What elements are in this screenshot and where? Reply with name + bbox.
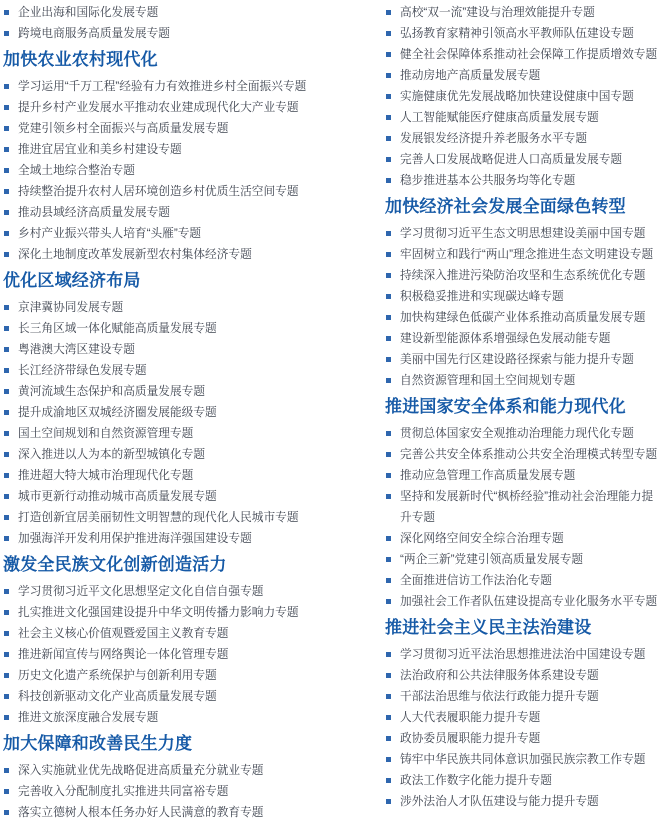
topic-text: 长三角区域一体化赋能高质量发展专题 (18, 322, 217, 335)
topic-text: 牢固树立和践行“两山”理念推进生态文明建设专题 (400, 248, 653, 261)
list-item: 提升乡村产业发展水平推动农业建成现代化大产业专题 (3, 97, 325, 118)
document-page: 企业出海和国际化发展专题跨境电商服务高质量发展专题加快农业农村现代化学习运用“千… (0, 0, 657, 823)
topic-text: 推进超大特大城市治理现代化专题 (18, 469, 193, 482)
bullet-square-icon (386, 252, 391, 257)
list-item: 跨境电商服务高质量发展专题 (3, 23, 325, 44)
list-item: 完善收入分配制度扎实推进共同富裕专题 (3, 781, 325, 802)
topic-text: 企业出海和国际化发展专题 (18, 6, 158, 19)
bullet-square-icon (386, 599, 391, 604)
bullet-square-icon (4, 10, 9, 15)
bullet-square-icon (386, 294, 391, 299)
list-item: 自然资源管理和国土空间规划专题 (385, 370, 657, 391)
topic-text: 学习贯彻习近平法治思想推进法治中国建设专题 (400, 648, 645, 661)
list-item: 扎实推进文化强国建设提升中华文明传播力影响力专题 (3, 602, 325, 623)
list-item: 企业出海和国际化发展专题 (3, 2, 325, 23)
bullet-square-icon (386, 273, 391, 278)
list-item: 坚持和发展新时代“枫桥经验”推动社会治理能力提升专题 (385, 486, 657, 528)
topic-text: 积极稳妥推进和实现碳达峰专题 (400, 290, 564, 303)
topic-text: 人工智能赋能医疗健康高质量发展专题 (400, 111, 599, 124)
list-item: 京津冀协同发展专题 (3, 297, 325, 318)
list-item: 持续整治提升农村人居环境创造乡村优质生活空间专题 (3, 181, 325, 202)
bullet-square-icon (386, 431, 391, 436)
topic-text: 推进新闻宣传与网络舆论一体化管理专题 (18, 648, 228, 661)
list-item: 推动县域经济高质量发展专题 (3, 202, 325, 223)
bullet-square-icon (386, 157, 391, 162)
topic-text: 国土空间规划和自然资源管理专题 (18, 427, 193, 440)
topic-text: 深化网络空间安全综合治理专题 (400, 532, 564, 545)
bullet-square-icon (4, 210, 9, 215)
list-item: 人工智能赋能医疗健康高质量发展专题 (385, 107, 657, 128)
topic-text: 弘扬教育家精神引领高水平教师队伍建设专题 (400, 27, 634, 40)
list-item: 人大代表履职能力提升专题 (385, 707, 657, 728)
topic-text: 高校“双一流”建设与治理效能提升专题 (400, 6, 595, 19)
topic-text: 全面推进信访工作法治化专题 (400, 574, 552, 587)
section-heading: 推进社会主义民主法治建设 (385, 618, 657, 638)
bullet-square-icon (4, 126, 9, 131)
topic-text: 加强社会工作者队伍建设提高专业化服务水平专题 (400, 595, 657, 608)
bullet-square-icon (4, 789, 9, 794)
bullet-square-icon (386, 694, 391, 699)
topic-text: 健全社会保障体系推动社会保障工作提质增效专题 (400, 48, 657, 61)
list-item: 学习贯彻习近平法治思想推进法治中国建设专题 (385, 644, 657, 665)
list-item: 持续深入推进污染防治攻坚和生态系统优化专题 (385, 265, 657, 286)
bullet-square-icon (4, 431, 9, 436)
topic-text: 持续深入推进污染防治攻坚和生态系统优化专题 (400, 269, 645, 282)
list-item: 黄河流域生态保护和高质量发展专题 (3, 381, 325, 402)
topic-text: 推动应急管理工作高质量发展专题 (400, 469, 575, 482)
section-heading: 加快经济社会发展全面绿色转型 (385, 197, 657, 217)
topic-text: 推进宜居宜业和美乡村建设专题 (18, 143, 182, 156)
bullet-square-icon (386, 336, 391, 341)
topic-text: 美丽中国先行区建设路径探索与能力提升专题 (400, 353, 634, 366)
list-item: 牢固树立和践行“两山”理念推进生态文明建设专题 (385, 244, 657, 265)
bullet-square-icon (4, 536, 9, 541)
section-heading: 优化区域经济布局 (3, 271, 325, 291)
bullet-square-icon (4, 147, 9, 152)
list-item: 推动应急管理工作高质量发展专题 (385, 465, 657, 486)
bullet-square-icon (4, 715, 9, 720)
bullet-square-icon (386, 357, 391, 362)
topic-text: 人大代表履职能力提升专题 (400, 711, 540, 724)
list-item: 推进新闻宣传与网络舆论一体化管理专题 (3, 644, 325, 665)
topic-text: 全域土地综合整治专题 (18, 164, 135, 177)
list-item: 加强海洋开发利用保护推进海洋强国建设专题 (3, 528, 325, 549)
left-column: 企业出海和国际化发展专题跨境电商服务高质量发展专题加快农业农村现代化学习运用“千… (3, 2, 325, 823)
list-item: 落实立德树人根本任务办好人民满意的教育专题 (3, 802, 325, 823)
topic-text: 扎实推进文化强国建设提升中华文明传播力影响力专题 (18, 606, 299, 619)
bullet-square-icon (386, 178, 391, 183)
bullet-square-icon (4, 694, 9, 699)
topic-text: 完善人口发展战略促进人口高质量发展专题 (400, 153, 622, 166)
right-column: 高校“双一流”建设与治理效能提升专题弘扬教育家精神引领高水平教师队伍建设专题健全… (385, 2, 657, 812)
list-item: 深化网络空间安全综合治理专题 (385, 528, 657, 549)
topic-text: 学习运用“千万工程”经验有力有效推进乡村全面振兴专题 (18, 80, 306, 93)
bullet-square-icon (4, 326, 9, 331)
list-item: 粤港澳大湾区建设专题 (3, 339, 325, 360)
list-item: 铸牢中华民族共同体意识加强民族宗教工作专题 (385, 749, 657, 770)
topic-text: 黄河流域生态保护和高质量发展专题 (18, 385, 205, 398)
list-item: 美丽中国先行区建设路径探索与能力提升专题 (385, 349, 657, 370)
list-item: 完善公共安全体系推动公共安全治理模式转型专题 (385, 444, 657, 465)
topic-text: 粤港澳大湾区建设专题 (18, 343, 135, 356)
bullet-square-icon (4, 84, 9, 89)
topic-section: 推进国家安全体系和能力现代化贯彻总体国家安全观推动治理能力现代化专题完善公共安全… (385, 397, 657, 612)
list-item: 乡村产业振兴带头人培育“头雁”专题 (3, 223, 325, 244)
bullet-square-icon (386, 52, 391, 57)
bullet-square-icon (386, 757, 391, 762)
bullet-square-icon (386, 473, 391, 478)
bullet-square-icon (386, 452, 391, 457)
bullet-square-icon (386, 736, 391, 741)
list-item: 涉外法治人才队伍建设与能力提升专题 (385, 791, 657, 812)
bullet-square-icon (4, 652, 9, 657)
bullet-square-icon (4, 515, 9, 520)
list-item: 贯彻总体国家安全观推动治理能力现代化专题 (385, 423, 657, 444)
bullet-square-icon (386, 115, 391, 120)
bullet-square-icon (386, 315, 391, 320)
topic-text: 跨境电商服务高质量发展专题 (18, 27, 170, 40)
bullet-square-icon (4, 231, 9, 236)
list-item: 长江经济带绿色发展专题 (3, 360, 325, 381)
bullet-square-icon (386, 378, 391, 383)
topic-text: 完善公共安全体系推动公共安全治理模式转型专题 (400, 448, 657, 461)
list-item: 建设新型能源体系增强绿色发展动能专题 (385, 328, 657, 349)
topic-section: 高校“双一流”建设与治理效能提升专题弘扬教育家精神引领高水平教师队伍建设专题健全… (385, 2, 657, 191)
list-item: 深化土地制度改革发展新型农村集体经济专题 (3, 244, 325, 265)
section-heading: 加快农业农村现代化 (3, 50, 325, 70)
list-item: 政法工作数字化能力提升专题 (385, 770, 657, 791)
topic-text: 政法工作数字化能力提升专题 (400, 774, 552, 787)
list-item: 法治政府和公共法律服务体系建设专题 (385, 665, 657, 686)
bullet-square-icon (4, 347, 9, 352)
bullet-square-icon (4, 631, 9, 636)
topic-section: 加快经济社会发展全面绿色转型学习贯彻习近平生态文明思想建设美丽中国专题牢固树立和… (385, 197, 657, 391)
topic-list: 深入实施就业优先战略促进高质量充分就业专题完善收入分配制度扎实推进共同富裕专题落… (3, 760, 325, 823)
list-item: 积极稳妥推进和实现碳达峰专题 (385, 286, 657, 307)
list-item: 加强社会工作者队伍建设提高专业化服务水平专题 (385, 591, 657, 612)
section-heading: 推进国家安全体系和能力现代化 (385, 397, 657, 417)
bullet-square-icon (4, 305, 9, 310)
bullet-square-icon (4, 31, 9, 36)
bullet-square-icon (386, 578, 391, 583)
list-item: “两企三新”党建引领高质量发展专题 (385, 549, 657, 570)
topic-text: 坚持和发展新时代“枫桥经验”推动社会治理能力提升专题 (400, 490, 653, 524)
topic-section: 推进社会主义民主法治建设学习贯彻习近平法治思想推进法治中国建设专题法治政府和公共… (385, 618, 657, 812)
bullet-square-icon (386, 652, 391, 657)
bullet-square-icon (386, 73, 391, 78)
topic-text: 稳步推进基本公共服务均等化专题 (400, 174, 575, 187)
bullet-square-icon (4, 452, 9, 457)
topic-text: 建设新型能源体系增强绿色发展动能专题 (400, 332, 610, 345)
topic-text: 乡村产业振兴带头人培育“头雁”专题 (18, 227, 201, 240)
topic-text: 深入推进以人为本的新型城镇化专题 (18, 448, 205, 461)
bullet-square-icon (386, 31, 391, 36)
topic-text: 长江经济带绿色发展专题 (18, 364, 147, 377)
list-item: 推进超大特大城市治理现代化专题 (3, 465, 325, 486)
topic-text: 科技创新驱动文化产业高质量发展专题 (18, 690, 217, 703)
bullet-square-icon (4, 389, 9, 394)
topic-text: 学习贯彻习近平文化思想坚定文化自信自强专题 (18, 585, 263, 598)
bullet-square-icon (4, 105, 9, 110)
bullet-square-icon (4, 673, 9, 678)
topic-list: 高校“双一流”建设与治理效能提升专题弘扬教育家精神引领高水平教师队伍建设专题健全… (385, 2, 657, 191)
bullet-square-icon (4, 494, 9, 499)
topic-text: 加快构建绿色低碳产业体系推动高质量发展专题 (400, 311, 645, 324)
list-item: 提升成渝地区双城经济圈发展能级专题 (3, 402, 325, 423)
bullet-square-icon (386, 136, 391, 141)
bullet-square-icon (386, 94, 391, 99)
bullet-square-icon (386, 231, 391, 236)
list-item: 稳步推进基本公共服务均等化专题 (385, 170, 657, 191)
list-item: 推动房地产高质量发展专题 (385, 65, 657, 86)
topic-text: 持续整治提升农村人居环境创造乡村优质生活空间专题 (18, 185, 299, 198)
topic-text: 党建引领乡村全面振兴与高质量发展专题 (18, 122, 228, 135)
list-item: 党建引领乡村全面振兴与高质量发展专题 (3, 118, 325, 139)
list-item: 打造创新宜居美丽韧性文明智慧的现代化人民城市专题 (3, 507, 325, 528)
topic-text: 加强海洋开发利用保护推进海洋强国建设专题 (18, 532, 252, 545)
topic-text: 历史文化遗产系统保护与创新利用专题 (18, 669, 217, 682)
list-item: 推进宜居宜业和美乡村建设专题 (3, 139, 325, 160)
bullet-square-icon (386, 494, 391, 499)
list-item: 全面推进信访工作法治化专题 (385, 570, 657, 591)
list-item: 学习贯彻习近平文化思想坚定文化自信自强专题 (3, 581, 325, 602)
list-item: 长三角区域一体化赋能高质量发展专题 (3, 318, 325, 339)
bullet-square-icon (4, 610, 9, 615)
section-heading: 激发全民族文化创新创造活力 (3, 555, 325, 575)
topic-text: 社会主义核心价值观暨爱国主义教育专题 (18, 627, 228, 640)
topic-text: 干部法治思维与依法行政能力提升专题 (400, 690, 599, 703)
bullet-square-icon (386, 10, 391, 15)
list-item: 社会主义核心价值观暨爱国主义教育专题 (3, 623, 325, 644)
list-item: 发展银发经济提升养老服务水平专题 (385, 128, 657, 149)
topic-list: 学习贯彻习近平文化思想坚定文化自信自强专题扎实推进文化强国建设提升中华文明传播力… (3, 581, 325, 728)
topic-list: 京津冀协同发展专题长三角区域一体化赋能高质量发展专题粤港澳大湾区建设专题长江经济… (3, 297, 325, 549)
topic-list: 企业出海和国际化发展专题跨境电商服务高质量发展专题 (3, 2, 325, 44)
topic-text: 自然资源管理和国土空间规划专题 (400, 374, 575, 387)
bullet-square-icon (4, 768, 9, 773)
list-item: 弘扬教育家精神引领高水平教师队伍建设专题 (385, 23, 657, 44)
topic-text: 铸牢中华民族共同体意识加强民族宗教工作专题 (400, 753, 645, 766)
topic-text: 落实立德树人根本任务办好人民满意的教育专题 (18, 806, 263, 819)
bullet-square-icon (4, 189, 9, 194)
list-item: 健全社会保障体系推动社会保障工作提质增效专题 (385, 44, 657, 65)
topic-list: 学习贯彻习近平法治思想推进法治中国建设专题法治政府和公共法律服务体系建设专题干部… (385, 644, 657, 812)
list-item: 加快构建绿色低碳产业体系推动高质量发展专题 (385, 307, 657, 328)
list-item: 推进文旅深度融合发展专题 (3, 707, 325, 728)
topic-text: 贯彻总体国家安全观推动治理能力现代化专题 (400, 427, 634, 440)
bullet-square-icon (4, 410, 9, 415)
topic-section: 加快农业农村现代化学习运用“千万工程”经验有力有效推进乡村全面振兴专题提升乡村产… (3, 50, 325, 265)
topic-text: 推进文旅深度融合发展专题 (18, 711, 158, 724)
bullet-square-icon (386, 557, 391, 562)
list-item: 城市更新行动推动城市高质量发展专题 (3, 486, 325, 507)
list-item: 全域土地综合整治专题 (3, 160, 325, 181)
list-item: 高校“双一流”建设与治理效能提升专题 (385, 2, 657, 23)
topic-section: 加大保障和改善民生力度深入实施就业优先战略促进高质量充分就业专题完善收入分配制度… (3, 734, 325, 823)
bullet-square-icon (386, 673, 391, 678)
bullet-square-icon (386, 799, 391, 804)
topic-text: 法治政府和公共法律服务体系建设专题 (400, 669, 599, 682)
list-item: 学习运用“千万工程”经验有力有效推进乡村全面振兴专题 (3, 76, 325, 97)
bullet-square-icon (4, 589, 9, 594)
bullet-square-icon (4, 168, 9, 173)
bullet-square-icon (4, 252, 9, 257)
list-item: 学习贯彻习近平生态文明思想建设美丽中国专题 (385, 223, 657, 244)
list-item: 实施健康优先发展战略加快建设健康中国专题 (385, 86, 657, 107)
topic-text: 政协委员履职能力提升专题 (400, 732, 540, 745)
bullet-square-icon (386, 778, 391, 783)
topic-list: 学习贯彻习近平生态文明思想建设美丽中国专题牢固树立和践行“两山”理念推进生态文明… (385, 223, 657, 391)
bullet-square-icon (386, 536, 391, 541)
list-item: 完善人口发展战略促进人口高质量发展专题 (385, 149, 657, 170)
topic-text: 提升成渝地区双城经济圈发展能级专题 (18, 406, 217, 419)
topic-list: 贯彻总体国家安全观推动治理能力现代化专题完善公共安全体系推动公共安全治理模式转型… (385, 423, 657, 612)
topic-text: “两企三新”党建引领高质量发展专题 (400, 553, 583, 566)
topic-text: 推动房地产高质量发展专题 (400, 69, 540, 82)
topic-section: 企业出海和国际化发展专题跨境电商服务高质量发展专题 (3, 2, 325, 44)
topic-text: 深入实施就业优先战略促进高质量充分就业专题 (18, 764, 263, 777)
topic-section: 激发全民族文化创新创造活力学习贯彻习近平文化思想坚定文化自信自强专题扎实推进文化… (3, 555, 325, 728)
topic-text: 打造创新宜居美丽韧性文明智慧的现代化人民城市专题 (18, 511, 299, 524)
topic-text: 涉外法治人才队伍建设与能力提升专题 (400, 795, 599, 808)
bullet-square-icon (4, 810, 9, 815)
list-item: 政协委员履职能力提升专题 (385, 728, 657, 749)
topic-text: 发展银发经济提升养老服务水平专题 (400, 132, 587, 145)
topic-text: 城市更新行动推动城市高质量发展专题 (18, 490, 217, 503)
list-item: 国土空间规划和自然资源管理专题 (3, 423, 325, 444)
topic-text: 完善收入分配制度扎实推进共同富裕专题 (18, 785, 228, 798)
section-heading: 加大保障和改善民生力度 (3, 734, 325, 754)
bullet-square-icon (4, 473, 9, 478)
topic-text: 实施健康优先发展战略加快建设健康中国专题 (400, 90, 634, 103)
topic-text: 深化土地制度改革发展新型农村集体经济专题 (18, 248, 252, 261)
topic-list: 学习运用“千万工程”经验有力有效推进乡村全面振兴专题提升乡村产业发展水平推动农业… (3, 76, 325, 265)
list-item: 历史文化遗产系统保护与创新利用专题 (3, 665, 325, 686)
topic-section: 优化区域经济布局京津冀协同发展专题长三角区域一体化赋能高质量发展专题粤港澳大湾区… (3, 271, 325, 549)
topic-text: 京津冀协同发展专题 (18, 301, 123, 314)
topic-text: 学习贯彻习近平生态文明思想建设美丽中国专题 (400, 227, 645, 240)
topic-text: 推动县域经济高质量发展专题 (18, 206, 170, 219)
topic-text: 提升乡村产业发展水平推动农业建成现代化大产业专题 (18, 101, 299, 114)
list-item: 科技创新驱动文化产业高质量发展专题 (3, 686, 325, 707)
bullet-square-icon (386, 715, 391, 720)
list-item: 干部法治思维与依法行政能力提升专题 (385, 686, 657, 707)
bullet-square-icon (4, 368, 9, 373)
list-item: 深入实施就业优先战略促进高质量充分就业专题 (3, 760, 325, 781)
list-item: 深入推进以人为本的新型城镇化专题 (3, 444, 325, 465)
